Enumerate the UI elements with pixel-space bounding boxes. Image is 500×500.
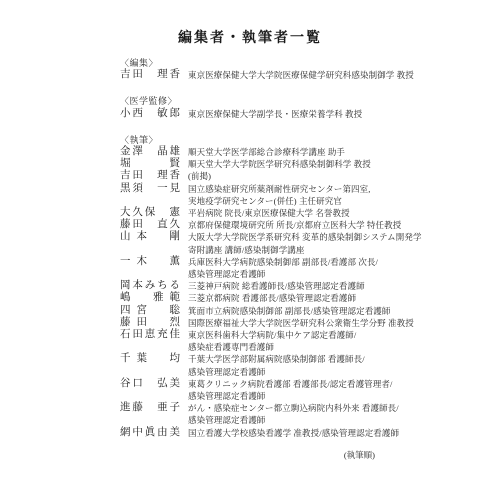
author-name: 藤田 烈 [120, 317, 180, 329]
affiliation-line: 京都府保健環境研究所 所長/京都府立医科大学 特任教授 [188, 219, 401, 231]
affiliation-line: 大阪大学大学院医学系研究科 変革的感染制御システム開発学 [188, 231, 422, 243]
affiliation-line: 寄附講座 講師/感染制御学講座 [188, 244, 422, 256]
author-affiliation: 順天堂大学医学部総合診療科学講座 助手 [188, 146, 382, 158]
affiliation-line: 三菱神戸病院 総看護師長/感染管理認定看護師 [188, 280, 382, 292]
writing-order-note: (執筆順) [120, 449, 375, 461]
author-affiliation: 国立感染症研究所薬剤耐性研究センター第四室,実地疫学研究センター(併任) 主任研… [188, 183, 382, 207]
affiliation-line: (前掲) [188, 170, 382, 182]
author-entry: 嶋 雅範三菱京都病院 看護部長/感染管理認定看護師 [120, 292, 382, 304]
author-section: 〈編集〉吉田 理香東京医療保健大学大学院医療保健学研究科感染制御学 教授 [120, 57, 382, 81]
affiliation-line: 東京医療保健大学副学長・医療栄養学科 教授 [188, 108, 382, 120]
affiliation-line: 平岩病院 院長/東京医療保健大学 名誉教授 [188, 207, 382, 219]
author-name: 嶋 雅範 [120, 292, 180, 304]
author-entry: 岡本みちる三菱神戸病院 総看護師長/感染管理認定看護師 [120, 280, 382, 292]
author-affiliation: 京都府保健環境研究所 所長/京都府立医科大学 特任教授 [188, 219, 401, 231]
affiliation-line: 東葛クリニック病院看護部 看護部長/認定看護管理者/ [188, 378, 392, 390]
author-affiliation: 千葉大学医学部附属病院感染制御部 看護師長/感染管理認定看護師 [188, 353, 382, 377]
author-entry: 藤田 直久京都府保健環境研究所 所長/京都府立医科大学 特任教授 [120, 219, 382, 231]
affiliation-line: 国立感染症研究所薬剤耐性研究センター第四室, [188, 183, 382, 195]
author-section: 〈医学監修〉小西 敏郎東京医療保健大学副学長・医療栄養学科 教授 [120, 95, 382, 119]
author-affiliation: 三菱神戸病院 総看護師長/感染管理認定看護師 [188, 280, 382, 292]
author-entry: 一木 薫兵庫医科大学病院感染制御部 副部長/看護部 次長/感染管理認定看護師 [120, 256, 382, 280]
affiliation-line: 感染管理認定看護師 [188, 414, 399, 426]
author-name: 大久保 憲 [120, 207, 180, 219]
author-entry: 金澤 晶雄順天堂大学医学部総合診療科学講座 助手 [120, 146, 382, 158]
author-name: 千葉 均 [120, 353, 180, 365]
author-entry: 藤田 烈国際医療福祉大学大学院医学研究科公衆衛生学分野 准教授 [120, 317, 382, 329]
author-name: 黒須 一見 [120, 183, 180, 195]
author-name: 進藤 亜子 [120, 402, 180, 414]
author-affiliation: 大阪大学大学院医学系研究科 変革的感染制御システム開発学寄附講座 講師/感染制御… [188, 231, 422, 255]
author-affiliation: 順天堂大学大学院医学研究科感染制御科学 教授 [188, 158, 382, 170]
author-entry: 網中眞由美国立看護大学校感染看護学 准教授/感染管理認定看護師 [120, 427, 382, 439]
author-section: 〈執筆〉金澤 晶雄順天堂大学医学部総合診療科学講座 助手堀 賢順天堂大学大学院医… [120, 134, 382, 439]
author-affiliation: 兵庫医科大学病院感染制御部 副部長/看護部 次長/感染管理認定看護師 [188, 256, 382, 280]
author-name: 網中眞由美 [120, 427, 180, 439]
page-title: 編集者・執筆者一覧 [0, 27, 500, 47]
author-affiliation: 東京医療保健大学大学院医療保健学研究科感染制御学 教授 [188, 69, 414, 81]
affiliation-line: 東京医療保健大学大学院医療保健学研究科感染制御学 教授 [188, 69, 414, 81]
affiliation-line: 箕面市立病院感染制御部 副部長/感染管理認定看護師 [188, 305, 391, 317]
affiliation-line: 順天堂大学大学院医学研究科感染制御科学 教授 [188, 158, 382, 170]
author-name: 吉田 理香 [120, 170, 180, 182]
author-name: 石田恵充佳 [120, 329, 180, 341]
author-entry: 黒須 一見国立感染症研究所薬剤耐性研究センター第四室,実地疫学研究センター(併任… [120, 183, 382, 207]
author-affiliation: 平岩病院 院長/東京医療保健大学 名誉教授 [188, 207, 382, 219]
author-name: 小西 敏郎 [120, 108, 180, 120]
author-list: 〈編集〉吉田 理香東京医療保健大学大学院医療保健学研究科感染制御学 教授〈医学監… [120, 57, 382, 439]
author-entry: 千葉 均千葉大学医学部附属病院感染制御部 看護師長/感染管理認定看護師 [120, 353, 382, 377]
author-entry: 谷口 弘美東葛クリニック病院看護部 看護部長/認定看護管理者/感染管理認定看護師 [120, 378, 382, 402]
author-affiliation: 国際医療福祉大学大学院医学研究科公衆衛生学分野 准教授 [188, 317, 414, 329]
affiliation-line: がん・感染症センター都立駒込病院内科外来 看護師長/ [188, 402, 399, 414]
affiliation-line: 実地疫学研究センター(併任) 主任研究官 [188, 195, 382, 207]
document-page: 編集者・執筆者一覧 〈編集〉吉田 理香東京医療保健大学大学院医療保健学研究科感染… [0, 0, 500, 500]
affiliation-line: 感染管理認定看護師 [188, 390, 392, 402]
author-affiliation: 三菱京都病院 看護部長/感染管理認定看護師 [188, 292, 382, 304]
author-name: 岡本みちる [120, 280, 180, 292]
affiliation-line: 順天堂大学医学部総合診療科学講座 助手 [188, 146, 382, 158]
author-affiliation: 東京医科歯科大学病院/集中ケア認定看護師/感染症看護専門看護師 [188, 329, 382, 353]
affiliation-line: 感染症看護専門看護師 [188, 341, 382, 353]
affiliation-line: 国立看護大学校感染看護学 准教授/感染管理認定看護師 [188, 427, 399, 439]
section-label: 〈執筆〉 [120, 134, 382, 146]
affiliation-line: 三菱京都病院 看護部長/感染管理認定看護師 [188, 292, 382, 304]
author-affiliation: 箕面市立病院感染制御部 副部長/感染管理認定看護師 [188, 305, 391, 317]
author-name: 谷口 弘美 [120, 378, 180, 390]
author-entry: 四宮 聡箕面市立病院感染制御部 副部長/感染管理認定看護師 [120, 305, 382, 317]
author-entry: 吉田 理香(前掲) [120, 170, 382, 182]
author-entry: 堀 賢順天堂大学大学院医学研究科感染制御科学 教授 [120, 158, 382, 170]
author-affiliation: がん・感染症センター都立駒込病院内科外来 看護師長/感染管理認定看護師 [188, 402, 399, 426]
affiliation-line: 兵庫医科大学病院感染制御部 副部長/看護部 次長/ [188, 256, 382, 268]
author-entry: 山本 剛大阪大学大学院医学系研究科 変革的感染制御システム開発学寄附講座 講師/… [120, 231, 382, 255]
section-label: 〈医学監修〉 [120, 95, 382, 107]
author-entry: 石田恵充佳東京医科歯科大学病院/集中ケア認定看護師/感染症看護専門看護師 [120, 329, 382, 353]
affiliation-line: 東京医科歯科大学病院/集中ケア認定看護師/ [188, 329, 382, 341]
author-name: 堀 賢 [120, 158, 180, 170]
author-entry: 進藤 亜子がん・感染症センター都立駒込病院内科外来 看護師長/感染管理認定看護師 [120, 402, 382, 426]
author-entry: 吉田 理香東京医療保健大学大学院医療保健学研究科感染制御学 教授 [120, 69, 382, 81]
affiliation-line: 国際医療福祉大学大学院医学研究科公衆衛生学分野 准教授 [188, 317, 414, 329]
author-affiliation: 東葛クリニック病院看護部 看護部長/認定看護管理者/感染管理認定看護師 [188, 378, 392, 402]
author-name: 一木 薫 [120, 256, 180, 268]
author-affiliation: (前掲) [188, 170, 382, 182]
affiliation-line: 感染管理認定看護師 [188, 268, 382, 280]
author-entry: 大久保 憲平岩病院 院長/東京医療保健大学 名誉教授 [120, 207, 382, 219]
section-label: 〈編集〉 [120, 57, 382, 69]
affiliation-line: 感染管理認定看護師 [188, 366, 382, 378]
author-name: 藤田 直久 [120, 219, 180, 231]
author-name: 金澤 晶雄 [120, 146, 180, 158]
author-name: 山本 剛 [120, 231, 180, 243]
author-affiliation: 国立看護大学校感染看護学 准教授/感染管理認定看護師 [188, 427, 399, 439]
author-affiliation: 東京医療保健大学副学長・医療栄養学科 教授 [188, 108, 382, 120]
author-name: 吉田 理香 [120, 69, 180, 81]
author-entry: 小西 敏郎東京医療保健大学副学長・医療栄養学科 教授 [120, 108, 382, 120]
affiliation-line: 千葉大学医学部附属病院感染制御部 看護師長/ [188, 353, 382, 365]
author-name: 四宮 聡 [120, 305, 180, 317]
